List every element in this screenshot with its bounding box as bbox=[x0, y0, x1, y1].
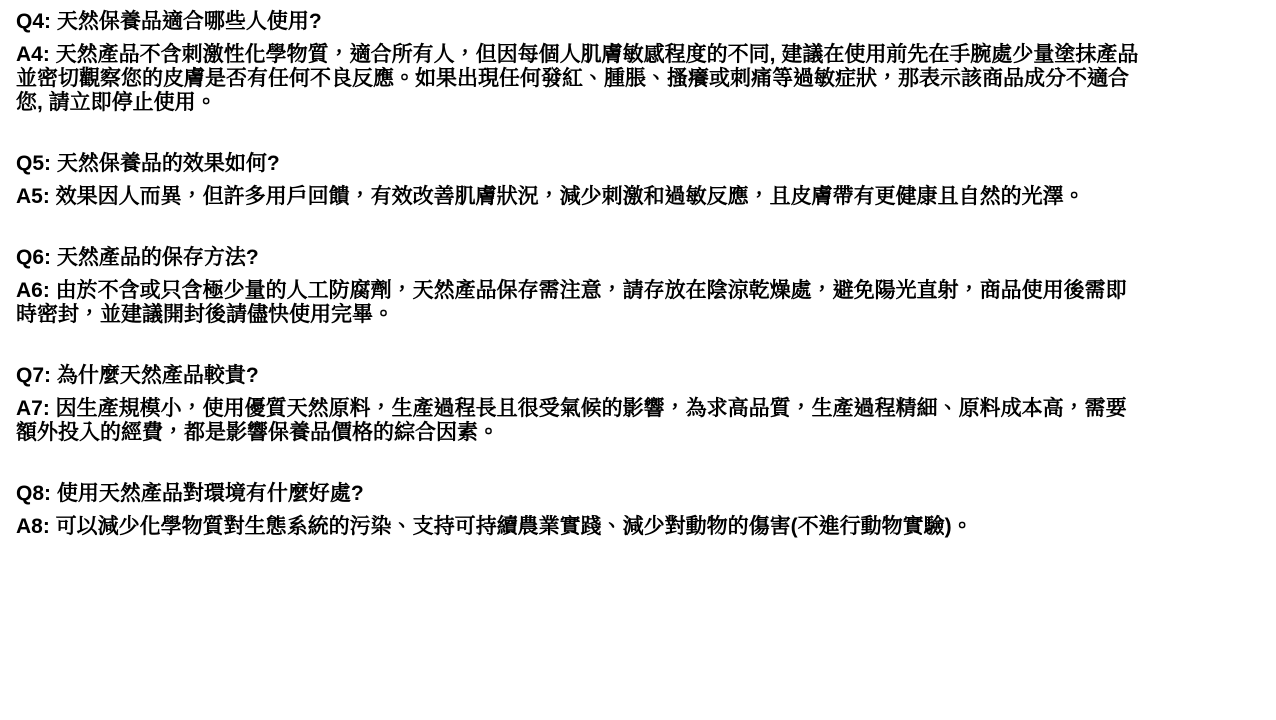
faq-question: Q6: 天然產品的保存方法? bbox=[16, 246, 1140, 270]
faq-answer: A8: 可以減少化學物質對生態系統的污染、支持可持續農業實踐、減少對動物的傷害(… bbox=[16, 515, 1140, 539]
faq-answer: A4: 天然產品不含刺激性化學物質，適合所有人，但因每個人肌膚敏感程度的不同, … bbox=[16, 43, 1140, 115]
faq-question: Q7: 為什麼天然產品較貴? bbox=[16, 364, 1140, 388]
faq-item: Q8: 使用天然產品對環境有什麼好處? A8: 可以減少化學物質對生態系統的污染… bbox=[16, 482, 1140, 539]
faq-item: Q6: 天然產品的保存方法? A6: 由於不含或只含極少量的人工防腐劑，天然產品… bbox=[16, 246, 1140, 327]
faq-item: Q4: 天然保養品適合哪些人使用? A4: 天然產品不含刺激性化學物質，適合所有… bbox=[16, 10, 1140, 115]
faq-answer: A6: 由於不含或只含極少量的人工防腐劑，天然產品保存需注意，請存放在陰涼乾燥處… bbox=[16, 279, 1140, 327]
faq-answer: A5: 效果因人而異，但許多用戶回饋，有效改善肌膚狀況，減少刺激和過敏反應，且皮… bbox=[16, 185, 1140, 209]
faq-question: Q5: 天然保養品的效果如何? bbox=[16, 152, 1140, 176]
faq-item: Q5: 天然保養品的效果如何? A5: 效果因人而異，但許多用戶回饋，有效改善肌… bbox=[16, 152, 1140, 209]
faq-page: Q4: 天然保養品適合哪些人使用? A4: 天然產品不含刺激性化學物質，適合所有… bbox=[0, 0, 1276, 720]
faq-question: Q4: 天然保養品適合哪些人使用? bbox=[16, 10, 1140, 34]
faq-document: Q4: 天然保養品適合哪些人使用? A4: 天然產品不含刺激性化學物質，適合所有… bbox=[0, 0, 1276, 539]
faq-answer: A7: 因生產規模小，使用優質天然原料，生產過程長且很受氣候的影響，為求高品質，… bbox=[16, 397, 1140, 445]
faq-item: Q7: 為什麼天然產品較貴? A7: 因生產規模小，使用優質天然原料，生產過程長… bbox=[16, 364, 1140, 445]
faq-question: Q8: 使用天然產品對環境有什麼好處? bbox=[16, 482, 1140, 506]
